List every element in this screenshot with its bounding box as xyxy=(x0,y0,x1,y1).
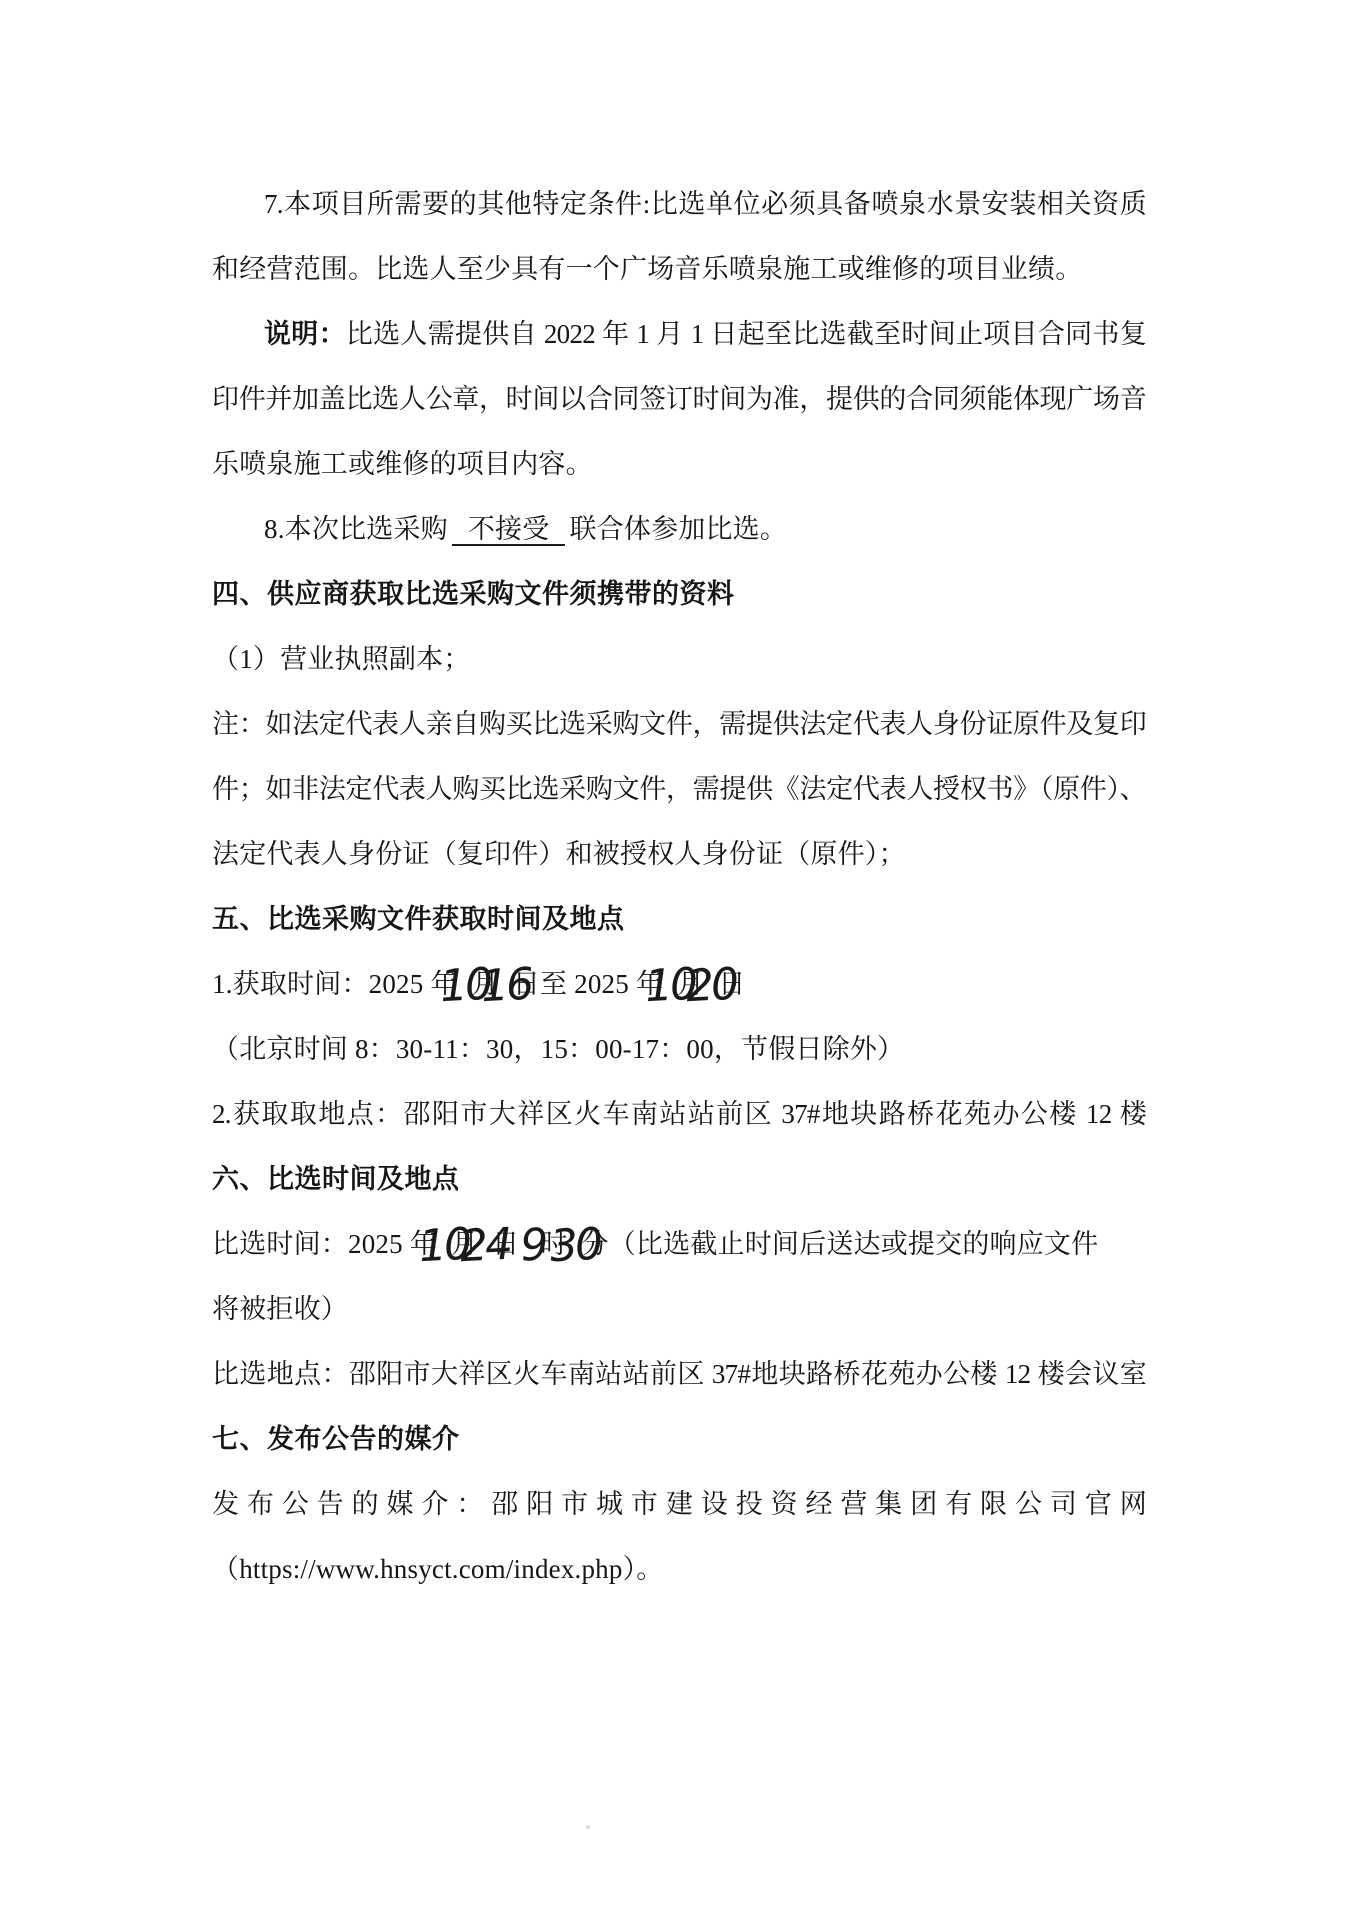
handwritten-hour: 9 xyxy=(525,1224,541,1269)
handwritten-month-3: 10 xyxy=(436,1224,452,1269)
handwritten-minute: 30 xyxy=(566,1224,582,1269)
bixuan-time-prefix: 比选时间：2025 年 xyxy=(212,1229,437,1259)
document-body: 7.本项目所需要的其他特定条件:比选单位必须具备喷泉水景安装相关资质 和经营范围… xyxy=(212,172,1146,1602)
bixuan-time-line: 比选时间：2025 年10月24日 9时30分（比选截止时间后送达或提交的响应文… xyxy=(212,1212,1146,1277)
bixuan-place-line: 比选地点：邵阳市大祥区火车南站站前区 37#地块路桥花苑办公楼 12 楼会议室 xyxy=(212,1342,1146,1407)
section4-item1: （1）营业执照副本； xyxy=(212,627,1146,692)
acquire-place-line: 2.获取取地点：邵阳市大祥区火车南站站前区 37#地块路桥花苑办公楼 12 楼 xyxy=(212,1082,1146,1147)
handwritten-day-3: 24 xyxy=(477,1224,493,1269)
bixuan-time-tail: 分（比选截止时间后送达或提交的响应文件 xyxy=(582,1229,1099,1259)
handwritten-month-1: 10 xyxy=(456,964,472,1009)
note-line1: 说明：比选人需提供自 2022 年 1 月 1 日起至比选截至时间止项目合同书复 xyxy=(212,302,1146,367)
note-label: 说明： xyxy=(264,319,346,349)
acquire-time-line: 1.获取时间：2025 年10月16日至 2025 年10月20日 xyxy=(212,952,1146,1017)
section4-title: 四、供应商获取比选采购文件须携带的资料 xyxy=(212,562,1146,627)
item8-suffix: 联合体参加比选。 xyxy=(569,514,787,544)
note-line1-text: 比选人需提供自 2022 年 1 月 1 日起至比选截至时间止项目合同书复 xyxy=(346,319,1146,349)
section4-note-line1: 注：如法定代表人亲自购买比选采购文件，需提供法定代表人身份证原件及复印 xyxy=(212,692,1146,757)
section4-note-line3: 法定代表人身份证（复印件）和被授权人身份证（原件）； xyxy=(212,822,1146,887)
item8-prefix: 8.本次比选采购 xyxy=(264,514,448,544)
acquire-sep-mid: 日至 2025 年 xyxy=(513,969,663,999)
document-page: 7.本项目所需要的其他特定条件:比选单位必须具备喷泉水景安装相关资质 和经营范围… xyxy=(0,0,1356,1920)
section4-note-line2: 件；如非法定代表人购买比选采购文件，需提供《法定代表人授权书》（原件）、 xyxy=(212,757,1146,822)
handwritten-month-2: 10 xyxy=(662,964,678,1009)
handwritten-day-1: 16 xyxy=(498,964,514,1009)
url-line: （https://www.hnsyct.com/index.php）。 xyxy=(212,1537,1146,1602)
item7-line2: 和经营范围。比选人至少具有一个广场音乐喷泉施工或维修的项目业绩。 xyxy=(212,237,1146,302)
section6-title: 六、比选时间及地点 xyxy=(212,1147,1146,1212)
rejected-line: 将被拒收） xyxy=(212,1277,1146,1342)
note-line2: 印件并加盖比选人公章，时间以合同签订时间为准，提供的合同须能体现广场音 xyxy=(212,367,1146,432)
acquire-time-prefix: 1.获取时间：2025 年 xyxy=(212,969,458,999)
beijing-time-line: （北京时间 8：30-11：30，15：00-17：00，节假日除外） xyxy=(212,1017,1146,1082)
scan-speck xyxy=(586,1825,590,1829)
item7-line1: 7.本项目所需要的其他特定条件:比选单位必须具备喷泉水景安装相关资质 xyxy=(212,172,1146,237)
note-line3: 乐喷泉施工或维修的项目内容。 xyxy=(212,432,1146,497)
media-line: 发布公告的媒介：邵阳市城市建设投资经营集团有限公司官网 xyxy=(212,1472,1146,1537)
handwritten-day-2: 20 xyxy=(703,964,719,1009)
section5-title: 五、比选采购文件获取时间及地点 xyxy=(212,887,1146,952)
item8-underlined-value: 不接受 xyxy=(452,514,566,546)
section7-title: 七、发布公告的媒介 xyxy=(212,1407,1146,1472)
item8-line: 8.本次比选采购不接受联合体参加比选。 xyxy=(212,497,1146,562)
